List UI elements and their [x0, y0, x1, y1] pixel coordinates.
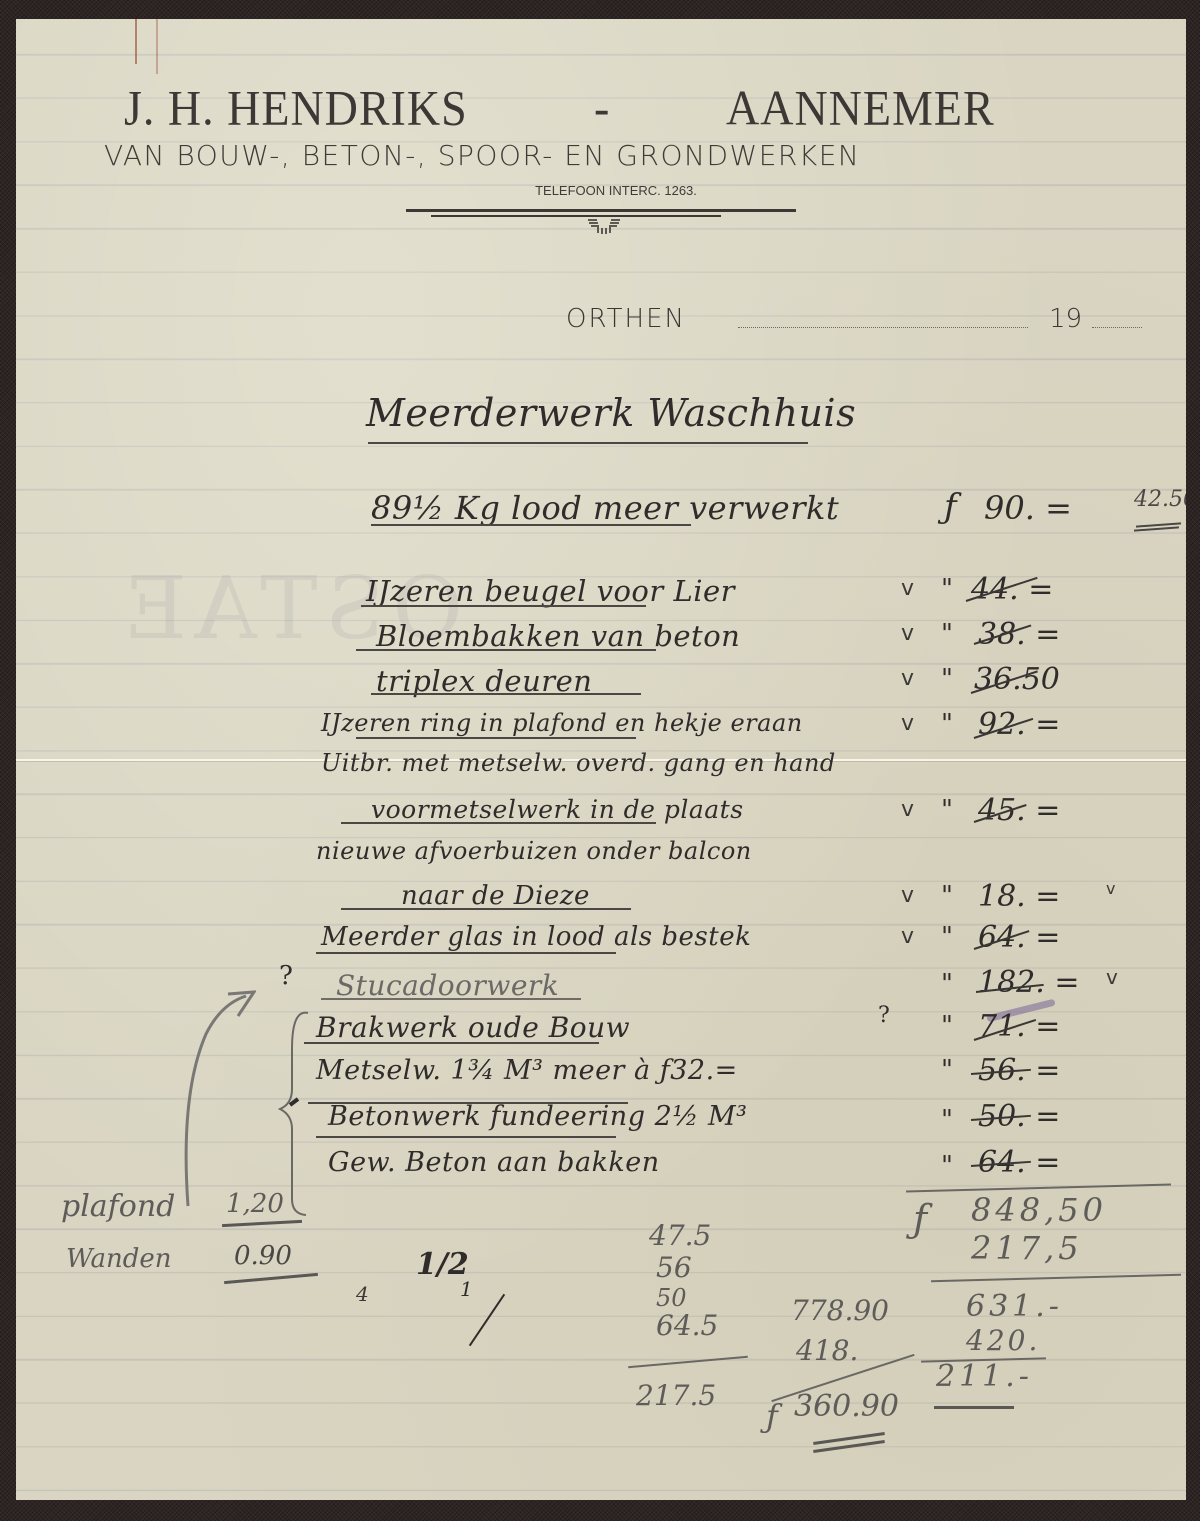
calc-line: [628, 1356, 748, 1368]
subtotal: 631.-: [966, 1289, 1063, 1324]
check-mark: v: [1106, 879, 1115, 898]
item-underline: [304, 1042, 599, 1044]
calc-total: 217.5: [636, 1379, 716, 1412]
brace-icon: [278, 1009, 318, 1219]
ditto-mark: ": [941, 1105, 953, 1135]
telephone-line: TELEFOON INTERC. 1263.: [16, 183, 1186, 198]
final-result: 211.-: [936, 1359, 1033, 1394]
ditto-mark: ": [941, 709, 953, 739]
check-mark: v: [901, 924, 914, 949]
ditto-mark: ": [941, 1011, 953, 1041]
item-underline: [371, 524, 691, 526]
line-item: 89½ Kg lood meer verwerkt ƒ 90. = 42.50: [16, 479, 1186, 519]
item-amount: 64. =: [978, 920, 1060, 955]
currency-sign: ƒ: [766, 1397, 778, 1435]
line-item: Uitbr. met metselw. overd. gang en hand: [16, 749, 1186, 789]
line-item: triplex deuren v " 36.50: [16, 664, 1186, 704]
check-mark: v: [901, 797, 914, 822]
item-amount: 90. =: [984, 489, 1072, 527]
slash-mark: [469, 1294, 505, 1347]
date-line: [738, 327, 1028, 328]
check-mark: v: [901, 621, 914, 646]
line-item: IJzeren ring in plafond en hekje eraan v…: [16, 709, 1186, 749]
note-value: 1,20: [226, 1189, 284, 1219]
question-mark: ?: [878, 1003, 890, 1028]
total-sum: 848,50: [971, 1191, 1107, 1229]
year-prefix: 19: [1049, 304, 1082, 334]
company-subtitle: VAN BOUW-, BETON-, SPOOR- EN GRONDWERKEN: [104, 139, 1104, 172]
arrow-up-icon: [176, 984, 256, 1214]
total-minus-2: 420.: [966, 1324, 1040, 1357]
ditto-mark: ": [941, 795, 953, 825]
check-mark: v: [901, 711, 914, 736]
company-name: J. H. HENDRIKS: [124, 79, 468, 136]
letter-paper: OSTAE J. H. HENDRIKS - AANNEMER VAN BOUW…: [16, 19, 1186, 1500]
ditto-mark: ": [941, 574, 953, 604]
item-amount: 36.50: [974, 662, 1060, 697]
line-item: voormetselwerk in de plaats v " 45. =: [16, 795, 1186, 835]
item-underline: [371, 693, 641, 695]
line-item: nieuwe afvoerbuizen onder balcon: [16, 837, 1186, 877]
item-underline: [341, 908, 631, 910]
ornament-icon: [588, 218, 620, 234]
item-description: Uitbr. met metselw. overd. gang en hand: [321, 749, 836, 777]
item-underline: [356, 737, 636, 739]
calc-value: 64.5: [656, 1309, 718, 1342]
item-amount: 44. =: [971, 572, 1053, 607]
title-separator: -: [594, 79, 610, 136]
line-item: naar de Dieze v " 18. = v: [16, 881, 1186, 921]
calc-value: 56: [656, 1251, 692, 1284]
note-underline: [224, 1273, 318, 1284]
calc-value: 778.90: [791, 1294, 889, 1327]
check-mark: v: [901, 576, 914, 601]
misc-mark: 1: [460, 1277, 473, 1301]
note-label: plafond: [61, 1189, 175, 1224]
item-description: nieuwe afvoerbuizen onder balcon: [316, 837, 752, 865]
letterhead-rule: [406, 209, 796, 212]
currency-sign: ƒ: [944, 487, 957, 527]
item-amount: 182. =: [978, 965, 1079, 1000]
item-description: Gew. Beton aan bakken: [328, 1147, 660, 1178]
item-description: Bloembakken van beton: [376, 619, 740, 653]
letterhead-rule: [431, 215, 721, 217]
ditto-mark: ": [941, 1151, 953, 1181]
note-label: Wanden: [66, 1244, 172, 1274]
corrected-amount: 42.50: [1134, 487, 1186, 512]
calc-value: 47.5: [649, 1219, 711, 1252]
ditto-mark: ": [941, 619, 953, 649]
item-description: Betonwerk fundeering 2½ M³: [328, 1101, 747, 1132]
item-underline: [361, 605, 646, 607]
item-underline: [321, 998, 581, 1000]
check-mark: v: [901, 883, 914, 908]
item-amount: 71. =: [978, 1009, 1060, 1044]
document-title: Meerderwerk Waschhuis: [366, 391, 856, 435]
item-amount: 45. =: [978, 793, 1060, 828]
check-mark: v: [1106, 965, 1118, 989]
ditto-mark: ": [941, 922, 953, 952]
line-item: IJzeren beugel voor Lier v " 44. =: [16, 574, 1186, 614]
total-minus: 217,5: [971, 1229, 1083, 1267]
question-mark: ?: [279, 961, 293, 991]
line-item: Meerder glas in lood als bestek v " 64. …: [16, 922, 1186, 962]
item-amount: 92. =: [978, 707, 1060, 742]
rust-stain: [135, 19, 137, 64]
item-amount: 18. =: [978, 879, 1060, 914]
ditto-mark: ": [941, 969, 953, 999]
year-line: [1092, 327, 1142, 328]
currency-sign: ƒ: [913, 1197, 927, 1241]
place-label: ORTHEN: [566, 304, 686, 334]
title-underline: [368, 442, 808, 444]
calc-value: 50: [656, 1284, 687, 1312]
calc-total: 360.90: [794, 1389, 899, 1424]
check-mark: v: [901, 666, 914, 691]
item-description: voormetselwerk in de plaats: [371, 795, 744, 824]
item-underline: [316, 1136, 616, 1138]
line-item: Bloembakken van beton v " 38. =: [16, 619, 1186, 659]
item-underline: [341, 822, 656, 824]
item-underline: [356, 649, 656, 651]
item-description: 89½ Kg lood meer verwerkt: [371, 489, 839, 527]
total-line: [931, 1274, 1181, 1283]
misc-mark: 4: [356, 1282, 369, 1306]
item-amount: 38. =: [978, 617, 1060, 652]
note-value: 0.90: [234, 1241, 292, 1271]
item-description: IJzeren beugel voor Lier: [366, 574, 735, 608]
ditto-mark: ": [941, 664, 953, 694]
item-underline: [316, 952, 616, 954]
ditto-mark: ": [941, 1055, 953, 1085]
rust-stain: [156, 19, 158, 74]
item-description: Meerder glas in lood als bestek: [321, 922, 751, 952]
note-underline: [222, 1220, 302, 1227]
item-description: IJzeren ring in plafond en hekje eraan: [321, 709, 803, 737]
double-underline: [934, 1406, 1014, 1409]
calc-value: 418.: [796, 1334, 858, 1367]
item-description: Metselw. 1¾ M³ meer à ƒ32.=: [316, 1055, 738, 1086]
item-description: Brakwerk oude Bouw: [316, 1011, 630, 1044]
item-description: naar de Dieze: [401, 881, 590, 911]
ditto-mark: ": [941, 881, 953, 911]
profession: AANNEMER: [726, 79, 995, 136]
